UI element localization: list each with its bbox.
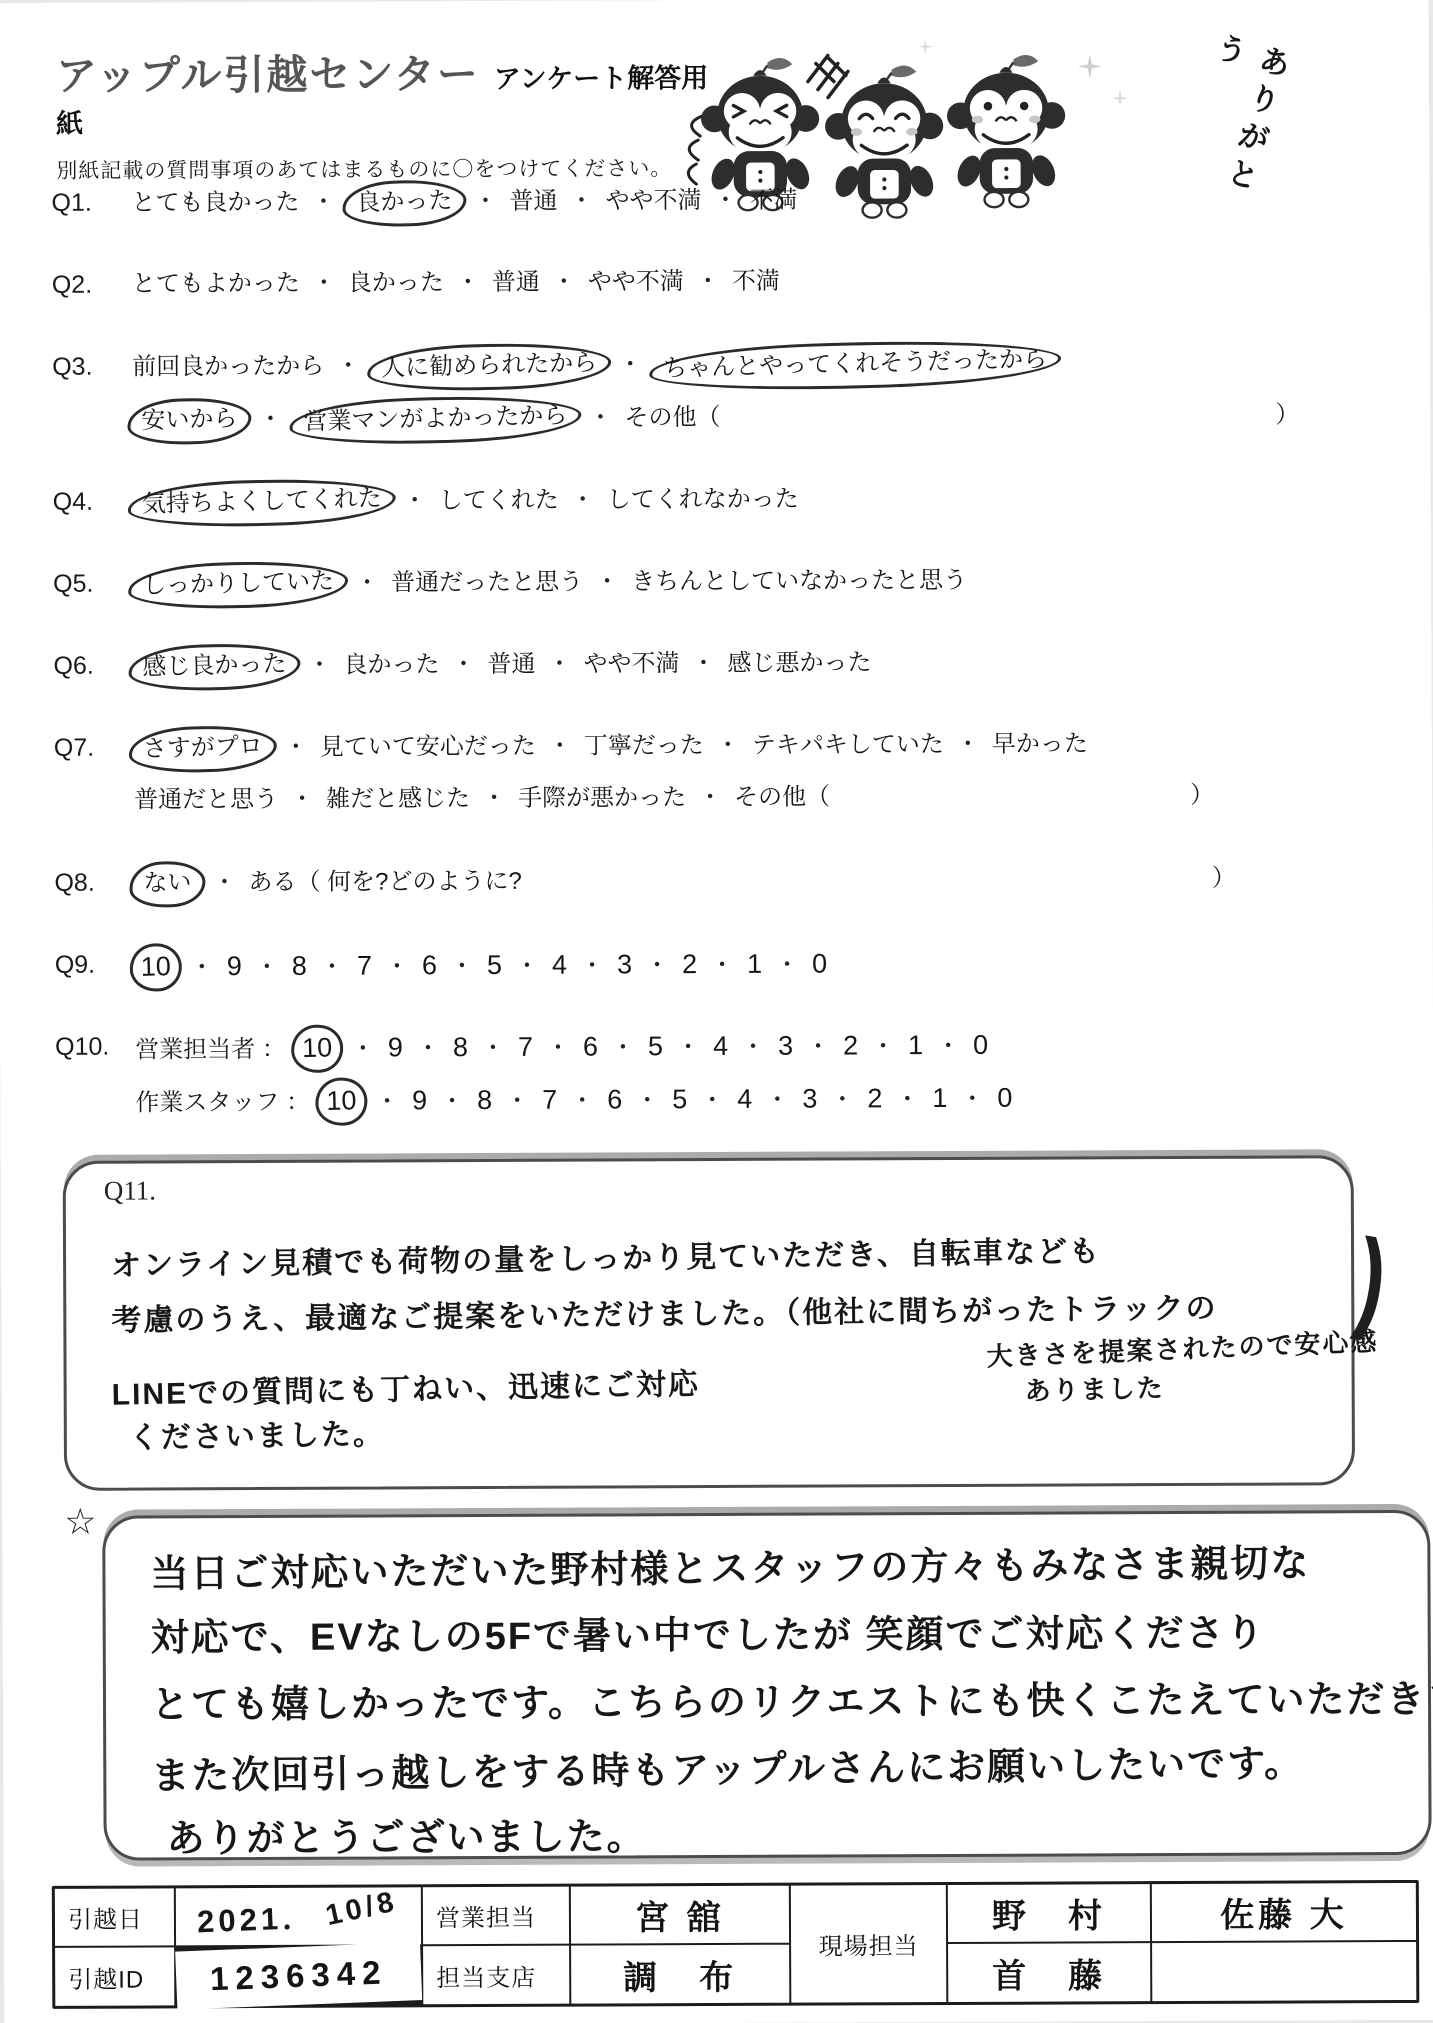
option-circled: 10 [314,1077,367,1126]
option: 普通だったと思う [391,569,583,597]
header: アップル引越センターアンケート解答用紙 別紙記載の質問事項のあてはまるものに〇を… [56,40,717,185]
question-id: Q2. [52,268,132,302]
option: 見ていて安心だった [320,733,536,761]
option-separator: ・ [355,569,379,596]
question-options: 前回良かったから・人に勧められたから・ちゃんとやってくれそうだったから安いから・… [132,344,1430,437]
option-separator: ・ [611,1034,635,1061]
option-circled: さすがプロ [128,724,277,774]
question-options: 営業担当者 ：10・9・8・7・6・5・4・3・2・1・0作業スタッフ ：10・… [135,1024,1433,1117]
option-line: 気持ちよくしてくれた・してくれた・してくれなかった [133,479,1431,519]
eye-icon [1020,102,1029,111]
option-separator: ・ [676,1034,700,1061]
question-id: Q6. [53,649,133,683]
option: 9 [412,1085,427,1115]
option: きちんとしていなかったと思う [631,567,967,595]
question-row: Q6.感じ良かった・良かった・普通・やや不満・感じ悪かった [0,643,1432,683]
move-id-label: 引越ID [55,1947,174,2006]
empty-cell [1152,1942,1416,2001]
option: 0 [973,1030,988,1060]
option-separator: ・ [956,731,980,758]
option-separator: ・ [571,487,595,514]
option: 6 [607,1084,622,1114]
option-circled: 営業マンがよかったから [289,394,582,447]
option: 9 [388,1032,403,1062]
handwritten-line: また次回引っ越しをする時もアップルさんにお願いしたいです。 [151,1739,1428,1799]
questionnaire: Q1.とても良かった・良かった・普通・やや不満・不満Q2.とてもよかった・良かっ… [0,180,1433,1165]
question-id: Q9. [55,948,135,982]
option-line: 前回良かったから・人に勧められたから・ちゃんとやってくれそうだったから [132,344,1430,384]
option-line: さすがプロ・見ていて安心だった・丁寧だった・テキパキしていた・早かった [134,725,1432,765]
question-options: とても良かった・良かった・普通・やや不満・不満 [131,180,1429,220]
option: 1 [908,1030,923,1060]
option-line: ない・ある（ 何を?どのように?） [134,860,1432,900]
question-row: Q5.しっかりしていた・普通だったと思う・きちんとしていなかったと思う [0,561,1431,601]
option: 2 [867,1083,882,1113]
option: 普通 [509,188,557,215]
handwritten-line: ありがとうございました。 [167,1811,1429,1863]
option-separator: ・ [775,952,799,979]
option: 7 [357,951,372,981]
option-separator: ・ [696,268,720,295]
question-id: Q7. [54,731,134,818]
option: やや不満 [605,187,701,214]
option-line: 安いから・営業マンがよかったから・その他（） [132,397,1430,437]
site-crew-label: 現場担当 [791,1885,947,2003]
option-circled: 10 [290,1024,343,1073]
question-options: ない・ある（ 何を?どのように?） [134,860,1432,900]
option: してくれなかった [607,486,799,514]
answer-blank [522,884,1212,889]
option-separator: ・ [258,406,282,433]
option-line: 営業担当者 ：10・9・8・7・6・5・4・3・2・1・0 [135,1024,1433,1064]
option: その他（ [624,404,720,431]
survey-sheet: アップル引越センターアンケート解答用紙 別紙記載の質問事項のあてはまるものに〇を… [0,0,1433,2023]
option-separator: ・ [403,487,427,514]
handwritten-line: 考慮のうえ、最適なご提案をいただけました。（他社に間ちがったトラックの [111,1283,1218,1340]
option: 不満 [749,187,797,214]
handwritten-line: LINEでの質問にも丁ねい、迅速にご対応 [111,1359,700,1414]
close-paren: ） [1275,401,1299,428]
option-separator: ・ [255,954,279,981]
handwritten-line: とても嬉しかったです。こちらのリクエストにも快くこたえていただきました。 [151,1677,1428,1729]
option-separator: ・ [212,869,236,896]
option: 2 [682,949,697,979]
question-row: Q7.さすがプロ・見ていて安心だった・丁寧だった・テキパキしていた・早かった普通… [0,725,1432,818]
option-separator: ・ [960,1086,984,1113]
option: テキパキしていた [752,731,944,759]
option-separator: ・ [481,1035,505,1062]
option: 普通 [492,269,540,296]
option-line: 普通だと思う・雑だと感じた・手際が悪かった・その他（） [134,778,1432,818]
option-separator: ・ [440,1088,464,1115]
option-line: 作業スタッフ ：10・9・8・7・6・5・4・3・2・1・0 [135,1077,1433,1117]
option: とてもよかった [132,270,300,298]
question-row: Q9.10・9・8・7・6・5・4・3・2・1・0 [0,942,1433,982]
move-date-label: 引越日 [55,1888,174,1946]
option-separator: ・ [700,1087,724,1114]
question-id: Q3. [52,350,132,437]
option: 6 [422,950,437,980]
answer-blank [720,421,1275,425]
option: 不満 [732,268,780,295]
option-separator: ・ [456,269,480,296]
option-circled: しっかりしていた [128,559,349,611]
option-separator: ・ [351,1035,375,1062]
option-prefix: 営業担当者 ： [135,1036,286,1064]
option-circled: ない [129,860,206,908]
footer-table: 引越日 2021． 10/8 営業担当 宮 舘 現場担当 野 村 佐藤 大 引越… [52,1880,1420,2009]
option: 雑だと感じた [326,785,470,813]
option-separator: ・ [451,651,475,678]
site-crew-value-3: 首 藤 [948,1943,1150,2002]
option: 8 [292,951,307,981]
handwritten-line: 対応で、EVなしの5Fで暑い中でしたが 笑顔でご対応くださり [151,1610,1428,1662]
handwritten-side-note: 大きさを提案されたので安心感 [986,1321,1379,1373]
instruction-text: 別紙記載の質問事項のあてはまるものに〇をつけてください。 [56,152,716,185]
question-row: Q2.とてもよかった・良かった・普通・やや不満・不満 [0,262,1430,302]
option: 良かった [348,269,444,296]
option: 6 [583,1032,598,1062]
option-separator: ・ [716,732,740,759]
close-paren: ） [1190,782,1214,809]
option: 2 [843,1030,858,1060]
option-separator: ・ [336,353,360,380]
move-date-monthday: 10/8 [323,1887,401,1933]
option-circled: 気持ちよくしてくれた [127,477,396,530]
option-separator: ・ [552,269,576,296]
option-circled: 安いから [127,397,252,446]
option: その他（ [734,784,830,811]
question-id: Q5. [53,567,133,601]
option-separator: ・ [375,1088,399,1115]
option: 手際が悪かった [518,784,686,812]
option-separator: ・ [307,652,331,679]
question-options: しっかりしていた・普通だったと思う・きちんとしていなかったと思う [133,561,1431,601]
option: 前回良かったから [132,353,324,381]
option-separator: ・ [580,952,604,979]
option-separator: ・ [698,784,722,811]
option-separator: ・ [312,270,336,297]
option-line: とても良かった・良かった・普通・やや不満・不満 [131,180,1429,220]
option-separator: ・ [595,568,619,595]
handwritten-line: くださいました。 [129,1409,386,1457]
option: 7 [518,1032,533,1062]
option-separator: ・ [547,651,571,678]
option-line: しっかりしていた・普通だったと思う・きちんとしていなかったと思う [133,561,1431,601]
option: 丁寧だった [584,732,704,760]
option-separator: ・ [588,404,612,431]
option: ある（ 何を?どのように? [248,868,521,896]
question-row: Q10.営業担当者 ：10・9・8・7・6・5・4・3・2・1・0作業スタッフ … [0,1024,1433,1117]
option: 普通 [487,651,535,678]
option-circled: 10 [129,943,182,992]
handwritten-side-note: ありました [1024,1368,1165,1408]
move-date-value: 2021． 10/8 [176,1887,421,1945]
branch-label: 担当支店 [423,1946,569,2005]
option: してくれた [439,487,559,515]
option-separator: ・ [741,1034,765,1061]
question-options: さすがプロ・見ていて安心だった・丁寧だった・テキパキしていた・早かった普通だと思… [134,725,1432,818]
option: 普通だと思う [134,786,278,814]
option: 1 [747,949,762,979]
question-id: Q1. [51,186,131,220]
option-separator: ・ [473,188,497,215]
question-row: Q4.気持ちよくしてくれた・してくれた・してくれなかった [0,479,1431,519]
option-separator: ・ [936,1033,960,1060]
option-separator: ・ [806,1034,830,1061]
option: 良かった [343,651,439,678]
option: 3 [617,949,632,979]
handwritten-line: 当日ご対応いただいた野村様とスタッフの方々もみなさま親切な [150,1540,1427,1598]
free-comment-box: 当日ご対応いただいた野村様とスタッフの方々もみなさま親切な 対応で、EVなしの5… [102,1510,1431,1861]
option: 5 [487,950,502,980]
option-separator: ・ [416,1035,440,1062]
move-id-value: 1236342 [175,1942,422,2010]
option-separator: ・ [713,187,737,214]
sparkle-icon [1112,90,1128,106]
question-options: とてもよかった・良かった・普通・やや不満・不満 [132,262,1430,302]
question-row: Q3.前回良かったから・人に勧められたから・ちゃんとやってくれそうだったから安い… [0,344,1430,437]
option-prefix: 作業スタッフ ： [135,1089,310,1117]
sales-rep-label: 営業担当 [423,1887,569,1945]
option-separator: ・ [284,734,308,761]
option: 9 [227,951,242,981]
option: とても良かった [131,189,299,217]
option-separator: ・ [635,1087,659,1114]
option-line: とてもよかった・良かった・普通・やや不満・不満 [132,262,1430,302]
option: 5 [648,1031,663,1061]
q11-label: Q11. [104,1175,156,1206]
option: 4 [552,950,567,980]
option-line: 10・9・8・7・6・5・4・3・2・1・0 [135,942,1433,982]
option-separator: ・ [570,1088,594,1115]
option-separator: ・ [311,189,335,216]
option: 早かった [992,730,1088,757]
option-circled: 良かった [342,179,467,228]
question-options: 10・9・8・7・6・5・4・3・2・1・0 [135,942,1433,982]
option: 4 [713,1031,728,1061]
question-options: 感じ良かった・良かった・普通・やや不満・感じ悪かった [133,643,1431,683]
question-id: Q4. [53,485,133,519]
option-separator: ・ [320,954,344,981]
close-paren: ） [1212,865,1236,892]
move-date-year: 2021． [196,1892,318,1942]
q11-comment-box: Q11. オンライン見積でも荷物の量をしっかり見ていただき、自転車なども 考慮の… [63,1155,1355,1491]
question-options: 気持ちよくしてくれた・してくれた・してくれなかった [133,479,1431,519]
option-separator: ・ [645,952,669,979]
sales-rep-value: 宮 舘 [571,1886,789,1944]
question-row: Q8.ない・ある（ 何を?どのように?） [0,860,1432,900]
option-separator: ・ [691,650,715,677]
option-separator: ・ [830,1086,854,1113]
option: 3 [802,1084,817,1114]
option-separator: ・ [505,1088,529,1115]
star-mark: ☆ [64,1501,96,1543]
option: やや不満 [583,650,679,677]
option-separator: ・ [895,1086,919,1113]
question-id: Q10. [55,1030,135,1117]
site-crew-value-2: 佐藤 大 [1152,1883,1416,1941]
option: 8 [477,1085,492,1115]
handwritten-close-paren: ) [1349,1214,1395,1346]
option-separator: ・ [618,351,642,378]
sparkle-icon [918,39,933,54]
option: 5 [672,1084,687,1114]
option-separator: ・ [190,954,214,981]
site-crew-value-1: 野 村 [948,1884,1150,1942]
option-separator: ・ [765,1087,789,1114]
option: 0 [812,949,827,979]
option-circled: 感じ良かった [128,642,301,692]
option: 感じ悪かった [727,649,871,677]
option: 8 [453,1032,468,1062]
question-id: Q8. [54,866,134,900]
eye-icon [984,102,993,111]
sparkle-icon [1078,54,1102,78]
option-line: 感じ良かった・良かった・普通・やや不満・感じ悪かった [133,643,1431,683]
option-circled: 人に勧められたから [367,341,612,393]
option-separator: ・ [385,953,409,980]
handwritten-line: オンライン見積でも荷物の量をしっかり見ていただき、自転車なども [111,1226,1101,1285]
option-separator: ・ [871,1033,895,1060]
option-separator: ・ [450,953,474,980]
option-separator: ・ [548,733,572,760]
branch-value: 調 布 [571,1945,789,2004]
option: 1 [932,1083,947,1113]
option: 3 [778,1031,793,1061]
answer-blank [830,801,1190,805]
option-circled: ちゃんとやってくれそうだったから [649,337,1062,393]
option-separator: ・ [482,785,506,812]
option-separator: ・ [569,188,593,215]
option-separator: ・ [515,953,539,980]
option: 4 [737,1084,752,1114]
brand-logo-text: アップル引越センター [56,51,480,99]
option-separator: ・ [546,1035,570,1062]
option-separator: ・ [710,952,734,979]
option: 0 [997,1083,1012,1113]
option-separator: ・ [290,786,314,813]
option: 7 [542,1085,557,1115]
option: やや不満 [588,268,684,295]
question-row: Q1.とても良かった・良かった・普通・やや不満・不満 [0,180,1430,220]
